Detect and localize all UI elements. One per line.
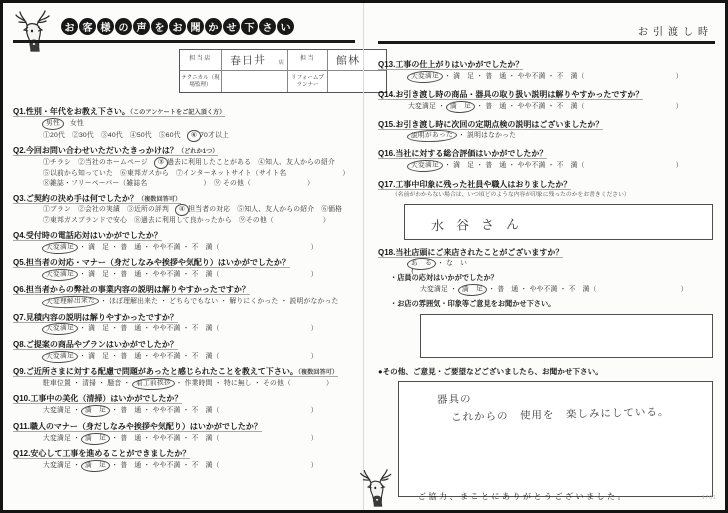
option-text: 大変満足 ・ (420, 286, 459, 293)
question-note: （どれか1つ） (178, 148, 219, 155)
banner-char: を (151, 18, 168, 35)
handwritten-store-name: 春日井 (230, 51, 267, 68)
question-text: 見積内容の説明は解りやすかったですか？ (26, 313, 178, 322)
banner-char: 聞 (187, 18, 204, 35)
question-block: Q18.当社店頭にご来店されたことがございますか？あ る ・ な い・店員の応対… (378, 248, 715, 358)
option-line: あ る ・ な い (378, 258, 715, 270)
question-title-text: Q7.見積内容の説明は解りやすかったですか？ (13, 313, 178, 323)
question-text: ご契約の決め手は何でしたか？ (26, 194, 138, 203)
option-line: 大変満足 ・ 満 足 ・ 普 通 ・ やや不満 ・ 不 満（ ） (13, 351, 357, 363)
option-line: 大変満足 ・ 満 足 ・ 普 通 ・ やや不満 ・ 不 満（ ） (13, 242, 357, 254)
circled-answer: 満 足 (81, 432, 110, 445)
question-block: Q15.お引き渡し時に次回の定期点検の説明はございましたか？説明があった ・ 説… (378, 120, 715, 143)
option-line: ①20代 ②30代 ③40代 ④50代 ⑤60代 ⑥70才以上 (13, 130, 357, 142)
circled-answer: 大変満足 (42, 323, 78, 336)
handwriting-box: 器具のこれからの 使用を 楽しみにしている。 (398, 381, 713, 497)
page-title: お客様の声をお聞かせ下さい (61, 18, 294, 35)
option-text: ・ 満 足 ・ 普 通 ・ やや不満 ・ 不 満（ ） (77, 244, 318, 251)
option-text: 過去に利用したことがある ④知人、友人からの紹介 (167, 159, 335, 166)
title-banner: お客様の声をお聞かせ下さい (13, 9, 357, 53)
question-note: （複数回答可） (138, 196, 181, 203)
question-id: Q18. (378, 248, 395, 257)
question-title-text: Q5.担当者の対応・マナー（身だしなみや挨拶や気配り）はいかがでしたか？ (13, 258, 290, 268)
option-line: ⑦東邦ガスブランドで安心 ⑧過去に利用して良かったから ⑨その他（ ） (13, 216, 357, 226)
circled-answer: ④ (175, 204, 190, 216)
option-line: 大変満足 ・ 満 足 ・ 普 通 ・ やや不満 ・ 不 満（ ） (378, 101, 715, 113)
option-text: 大変満足 ・ (408, 103, 447, 110)
survey-page-left: お客様の声をお聞かせ下さい 担当店 春日井 店 担当 館林 テクニカル（現場監理… (3, 3, 363, 510)
question-id: Q11. (13, 422, 30, 431)
option-text: ・ 普 通 ・ やや不満 ・ 不 満（ ） (474, 103, 682, 110)
circled-answer: 大変満足 (42, 350, 78, 363)
question-text: ご近所さまに対する配慮で問題があったと感じられたことを教えて下さい。 (26, 367, 298, 376)
question-block: Q6.担当者からの弊社の事業内容の説明は解りやすかったですか？大変理解出来た ・… (13, 285, 357, 308)
page-number: 1701 (702, 495, 717, 501)
option-line: 大変満足 ・ 満 足 ・ 普 通 ・ やや不満 ・ 不 満（ ） (390, 284, 715, 296)
question-title-text: Q17.工事中印象に残った社員や職人はおりましたか？ (378, 180, 571, 190)
option-text: ・ 満 足 ・ 普 通 ・ やや不満 ・ 不 満（ ） (77, 271, 318, 278)
question-title-text: Q16.当社に対する総合評価はいかがでしたか？ (378, 149, 547, 159)
question-id: Q10. (13, 394, 30, 403)
staff-store-value: 春日井 店 (222, 50, 288, 71)
store-suffix: 店 (278, 58, 284, 66)
question-note: （このアンケートをご記入頂く方） (130, 109, 226, 116)
question-block: Q14.お引き渡し時の商品・器具の取り扱い説明は解りやすかったですか？大変満足 … (378, 90, 715, 113)
question-text: 性別・年代をお教え下さい。 (26, 107, 130, 116)
sub-question-label: ・お店の雰囲気・印象等ご意見をお聞かせ下さい。 (390, 299, 715, 310)
question-title: Q2.今回お問い合わせいただいたきっかけは？（どれか1つ） (13, 146, 357, 157)
question-title-text: Q14.お引き渡し時の商品・器具の取り扱い説明は解りやすかったですか？ (378, 90, 643, 100)
other-comments-section: ●その他、ご意見・ご要望などございましたら、お聞かせ下さい。器具のこれからの 使… (378, 366, 715, 497)
planner-label: リフォームプランナー (288, 71, 328, 92)
question-title: Q12.安心して工事を進めることができましたか？ (13, 449, 357, 460)
circled-answer: 満 足 (458, 284, 487, 297)
option-text: ⑦東邦ガスブランドで安心 ⑧過去に利用して良かったから ⑨その他（ ） (43, 217, 330, 224)
circled-answer: 大変満足 (407, 70, 443, 83)
question-block: Q5.担当者の対応・マナー（身だしなみや挨拶や気配り）はいかがでしたか？大変満足… (13, 258, 357, 281)
question-title: Q11.職人のマナー（身だしなみや挨拶や気配り）はいかがでしたか？ (13, 422, 357, 433)
question-title-text: Q3.ご契約の決め手は何でしたか？（複数回答可） (13, 194, 181, 204)
question-block: Q12.安心して工事を進めることができましたか？大変満足 ・ 満 足 ・ 普 通… (13, 449, 357, 472)
section-header: お引渡し時 (378, 23, 715, 38)
question-text: 担当者の対応・マナー（身だしなみや挨拶や気配り）はいかがでしたか？ (26, 258, 290, 267)
option-text: ・ 満 足 ・ 普 通 ・ やや不満 ・ 不 満（ ） (77, 353, 318, 360)
question-id: Q1. (13, 107, 26, 116)
option-text: 70才以上 (200, 132, 229, 139)
question-text: 職人のマナー（身だしなみや挨拶や気配り）はいかがでしたか？ (30, 422, 262, 431)
question-id: Q7. (13, 313, 26, 322)
circled-answer: ⑥ (187, 130, 202, 142)
option-line: 大変満足 ・ 満 足 ・ 普 通 ・ やや不満 ・ 不 満（ ） (13, 433, 357, 445)
banner-char: せ (223, 18, 240, 35)
option-text: ①チラシ ②当社のホームページ (43, 159, 155, 166)
option-line: 大変満足 ・ 満 足 ・ 普 通 ・ やや不満 ・ 不 満（ ） (13, 269, 357, 281)
circled-answer: 大変満足 (42, 241, 78, 254)
handwritten-person-name: 館林 (336, 52, 361, 69)
question-id: Q17. (378, 180, 395, 189)
question-title-text: Q11.職人のマナー（身だしなみや挨拶や気配り）はいかがでしたか？ (13, 422, 262, 432)
question-title: Q10.工事中の美化（清掃）はいかがでしたか？ (13, 394, 357, 405)
question-text: 受付時の電話応対はいかがでしたか？ (26, 231, 162, 240)
question-list-left: Q1.性別・年代をお教え下さい。（このアンケートをご記入頂く方）男性 女性①20… (13, 107, 357, 472)
section-rule (378, 41, 715, 44)
scanned-survey-sheet: お客様の声をお聞かせ下さい 担当店 春日井 店 担当 館林 テクニカル（現場監理… (0, 0, 728, 513)
question-text: 工事中の美化（清掃）はいかがでしたか？ (30, 394, 182, 403)
sub-question: ・店員の応対はいかがでしたか？大変満足 ・ 満 足 ・ 普 通 ・ やや不満 ・… (378, 273, 715, 296)
option-text: ・ 満 足 ・ 普 通 ・ やや不満 ・ 不 満（ ） (442, 162, 683, 169)
option-line: 大変満足 ・ 満 足 ・ 普 通 ・ やや不満 ・ 不 満（ ） (13, 460, 357, 472)
option-line: 男性 女性 (13, 118, 357, 130)
circled-answer: 大変満足 (42, 268, 78, 281)
circled-answer: ③ (154, 157, 169, 169)
option-line: ①チラシ ②当社のホームページ ③過去に利用したことがある ④知人、友人からの紹… (13, 157, 357, 169)
option-text: ・ 作業時間 ・ 特に無し ・ その他（ ） (173, 380, 332, 387)
banner-char: 声 (133, 18, 150, 35)
question-title-text: Q10.工事中の美化（清掃）はいかがでしたか？ (13, 394, 182, 404)
question-id: Q14. (378, 90, 395, 99)
banner-char: 下 (241, 18, 258, 35)
technical-value-empty (222, 71, 288, 92)
option-line: 大変理解出来た ・ ほぼ理解出来た ・ どちらでもない ・ 解りにくかった ・ … (13, 296, 357, 308)
question-title: Q7.見積内容の説明は解りやすかったですか？ (13, 313, 357, 324)
question-title: Q9.ご近所さまに対する配慮で問題があったと感じられたことを教えて下さい。（複数… (13, 367, 357, 378)
option-text: 大変満足 ・ (43, 462, 82, 469)
question-note: （複数回答可） (298, 369, 338, 376)
question-id: Q9. (13, 367, 26, 376)
question-title-text: Q12.安心して工事を進めることができましたか？ (13, 449, 190, 459)
staff-table: 担当店 春日井 店 担当 館林 テクニカル（現場監理） リフォームプランナー (179, 49, 387, 93)
question-title: Q14.お引き渡し時の商品・器具の取り扱い説明は解りやすかったですか？ (378, 90, 715, 101)
option-text: 担当者の対応 ⑤知人、友人からの紹介 ⑥価格 (188, 206, 342, 213)
question-id: Q15. (378, 120, 395, 129)
question-title: Q18.当社店頭にご来店されたことがございますか？ (378, 248, 715, 259)
question-text: 当社店頭にご来店されたことがございますか？ (395, 248, 563, 257)
question-text: 工事の仕上がりはいかがでしたか？ (395, 60, 523, 69)
question-title-text: Q15.お引き渡し時に次回の定期点検の説明はございましたか？ (378, 120, 603, 130)
question-text: 今回お問い合わせいただいたきっかけは？ (26, 146, 178, 155)
handwriting-box: 水谷さん (404, 204, 713, 240)
question-block: Q7.見積内容の説明は解りやすかったですか？大変満足 ・ 満 足 ・ 普 通 ・… (13, 313, 357, 336)
option-text: ①20代 ②30代 ③40代 ④50代 ⑤60代 (43, 132, 188, 139)
option-text: ・ ほぼ理解出来た ・ どちらでもない ・ 解りにくかった ・ 説明がなかった (98, 298, 339, 305)
circled-answer: 説明があった (407, 129, 457, 143)
question-title-text: Q8.ご提案の商品やプランはいかがでしたか？ (13, 340, 178, 350)
banner-char: 様 (97, 18, 114, 35)
option-text: 大変満足 ・ (43, 435, 82, 442)
survey-page-right: お引渡し時 Q13.工事の仕上がりはいかがでしたか？大変満足 ・ 満 足 ・ 普… (363, 3, 725, 510)
question-title: Q6.担当者からの弊社の事業内容の説明は解りやすかったですか？ (13, 285, 357, 296)
question-block: Q1.性別・年代をお教え下さい。（このアンケートをご記入頂く方）男性 女性①20… (13, 107, 357, 142)
question-title: Q15.お引き渡し時に次回の定期点検の説明はございましたか？ (378, 120, 715, 131)
other-comments-label: ●その他、ご意見・ご要望などございましたら、お聞かせ下さい。 (378, 366, 715, 377)
option-text: ・ 満 足 ・ 普 通 ・ やや不満 ・ 不 満（ ） (77, 325, 318, 332)
staff-person-label: 担当 (288, 50, 328, 71)
deer-logo-icon (13, 9, 57, 53)
option-text: 大変満足 ・ (43, 407, 82, 414)
question-id: Q6. (13, 285, 26, 294)
option-text: ・ 普 通 ・ やや不満 ・ 不 満（ ） (486, 286, 687, 293)
option-line: 説明があった ・ 説明はなかった (378, 130, 715, 142)
question-block: Q8.ご提案の商品やプランはいかがでしたか？大変満足 ・ 満 足 ・ 普 通 ・… (13, 340, 357, 363)
thanks-message: ご協力、まことにありがとうございました。 (418, 491, 628, 502)
banner-char: お (169, 18, 186, 35)
question-text: 担当者からの弊社の事業内容の説明は解りやすかったですか？ (26, 285, 250, 294)
option-line: 大変満足 ・ 満 足 ・ 普 通 ・ やや不満 ・ 不 満（ ） (13, 323, 357, 335)
handwritten-text: 水谷さん (405, 202, 712, 234)
option-text: 女性 (63, 120, 84, 127)
option-line: ①プラン ②会社の実績 ③近所の評判 ④担当者の対応 ⑤知人、友人からの紹介 ⑥… (13, 204, 357, 216)
technical-label: テクニカル（現場監理） (180, 71, 222, 92)
circled-answer: 満 足 (81, 405, 110, 418)
question-title-text: Q4.受付時の電話応対はいかがでしたか？ (13, 231, 162, 241)
question-instruction: （名前がわからない場合は、いつ頃どのような内容が印象に残ったのかをお書きください… (378, 191, 715, 200)
question-title: Q1.性別・年代をお教え下さい。（このアンケートをご記入頂く方） (13, 107, 357, 118)
circled-answer: 大変理解出来た (42, 295, 99, 309)
question-id: Q4. (13, 231, 26, 240)
option-text: ・ な い (435, 260, 467, 267)
circled-answer: 男性 (42, 117, 64, 130)
question-title-text: Q1.性別・年代をお教え下さい。（このアンケートをご記入頂く方） (13, 107, 225, 117)
circled-answer: 大変満足 (407, 160, 443, 173)
question-id: Q8. (13, 340, 26, 349)
question-title: Q13.工事の仕上がりはいかがでしたか？ (378, 60, 715, 71)
option-text: ・ 普 通 ・ やや不満 ・ 不 満（ ） (109, 435, 317, 442)
question-text: ご提案の商品やプランはいかがでしたか？ (26, 340, 178, 349)
question-block: Q17.工事中印象に残った社員や職人はおりましたか？（名前がわからない場合は、い… (378, 180, 715, 239)
banner-char: さ (259, 18, 276, 35)
question-text: 当社に対する総合評価はいかがでしたか？ (395, 149, 547, 158)
banner-char: お (61, 18, 78, 35)
question-title-text: Q2.今回お問い合わせいただいたきっかけは？（どれか1つ） (13, 146, 218, 156)
option-line: ⑤以前から知っていた ⑥東邦ガスから ⑦インターネットサイト（サイト名 ） (13, 169, 357, 179)
option-line: 駐車位置 ・ 清掃 ・ 騒音 ・ 着工前挨拶 ・ 作業時間 ・ 特に無し ・ そ… (13, 378, 357, 390)
question-id: Q5. (13, 258, 26, 267)
question-title: Q16.当社に対する総合評価はいかがでしたか？ (378, 149, 715, 160)
option-text: ・ 普 通 ・ やや不満 ・ 不 満（ ） (109, 462, 317, 469)
option-line: 大変満足 ・ 満 足 ・ 普 通 ・ やや不満 ・ 不 満（ ） (378, 71, 715, 83)
footer: ご協力、まことにありがとうございました。 1701 (378, 487, 717, 505)
question-title-text: Q9.ご近所さまに対する配慮で問題があったと感じられたことを教えて下さい。（複数… (13, 367, 338, 377)
question-list-right: Q13.工事の仕上がりはいかがでしたか？大変満足 ・ 満 足 ・ 普 通 ・ や… (378, 60, 715, 497)
staff-store-label: 担当店 (180, 50, 222, 71)
circled-answer: 満 足 (446, 100, 475, 113)
option-text: ・ 満 足 ・ 普 通 ・ やや不満 ・ 不 満（ ） (442, 73, 683, 80)
sub-question: ・お店の雰囲気・印象等ご意見をお聞かせ下さい。 (378, 299, 715, 358)
option-text: ⑧雑誌・フリーペーパー（雑誌名 ） ⑨ その他（ ） (43, 180, 314, 187)
question-block: Q16.当社に対する総合評価はいかがでしたか？大変満足 ・ 満 足 ・ 普 通 … (378, 149, 715, 172)
question-block: Q13.工事の仕上がりはいかがでしたか？大変満足 ・ 満 足 ・ 普 通 ・ や… (378, 60, 715, 83)
question-title-text: Q18.当社店頭にご来店されたことがございますか？ (378, 248, 563, 258)
question-block: Q3.ご契約の決め手は何でしたか？（複数回答可）①プラン ②会社の実績 ③近所の… (13, 194, 357, 227)
question-title: Q17.工事中印象に残った社員や職人はおりましたか？ (378, 180, 715, 191)
option-line: ⑧雑誌・フリーペーパー（雑誌名 ） ⑨ その他（ ） (13, 179, 357, 189)
banner-char: い (277, 18, 294, 35)
circled-answer: 満 足 (81, 459, 110, 472)
question-text: 安心して工事を進めることができましたか？ (30, 449, 190, 458)
question-title-text: Q13.工事の仕上がりはいかがでしたか？ (378, 60, 523, 70)
question-text: お引き渡し時の商品・器具の取り扱い説明は解りやすかったですか？ (395, 90, 643, 99)
banner-char: 客 (79, 18, 96, 35)
question-title: Q8.ご提案の商品やプランはいかがでしたか？ (13, 340, 357, 351)
question-block: Q10.工事中の美化（清掃）はいかがでしたか？大変満足 ・ 満 足 ・ 普 通 … (13, 394, 357, 417)
question-id: Q12. (13, 449, 30, 458)
question-id: Q13. (378, 60, 395, 69)
circled-answer: 着工前挨拶 (131, 377, 174, 390)
question-title: Q3.ご契約の決め手は何でしたか？（複数回答可） (13, 194, 357, 205)
handwriting-box (420, 314, 713, 358)
question-block: Q9.ご近所さまに対する配慮で問題があったと感じられたことを教えて下さい。（複数… (13, 367, 357, 390)
question-id: Q3. (13, 194, 26, 203)
question-id: Q2. (13, 146, 26, 155)
option-line: 大変満足 ・ 満 足 ・ 普 通 ・ やや不満 ・ 不 満（ ） (378, 160, 715, 172)
circled-answer: あ る (407, 258, 436, 271)
question-block: Q11.職人のマナー（身だしなみや挨拶や気配り）はいかがでしたか？大変満足 ・ … (13, 422, 357, 445)
question-id: Q16. (378, 149, 395, 158)
question-title: Q4.受付時の電話応対はいかがでしたか？ (13, 231, 357, 242)
question-block: Q4.受付時の電話応対はいかがでしたか？大変満足 ・ 満 足 ・ 普 通 ・ や… (13, 231, 357, 254)
question-title-text: Q6.担当者からの弊社の事業内容の説明は解りやすかったですか？ (13, 285, 250, 295)
banner-char: の (115, 18, 132, 35)
question-title: Q5.担当者の対応・マナー（身だしなみや挨拶や気配り）はいかがでしたか？ (13, 258, 357, 269)
header-rule (13, 40, 355, 43)
banner-char: か (205, 18, 222, 35)
option-text: 駐車位置 ・ 清掃 ・ 騒音 ・ (43, 380, 133, 387)
question-text: 工事中印象に残った社員や職人はおりましたか？ (395, 180, 571, 189)
sub-question-label: ・店員の応対はいかがでしたか？ (390, 273, 715, 284)
option-line: 大変満足 ・ 満 足 ・ 普 通 ・ やや不満 ・ 不 満（ ） (13, 405, 357, 417)
question-text: お引き渡し時に次回の定期点検の説明はございましたか？ (395, 120, 603, 129)
question-block: Q2.今回お問い合わせいただいたきっかけは？（どれか1つ）①チラシ ②当社のホー… (13, 146, 357, 189)
option-text: ・ 説明はなかった (456, 132, 516, 139)
option-text: ①プラン ②会社の実績 ③近所の評判 (43, 206, 176, 213)
option-text: ・ 普 通 ・ やや不満 ・ 不 満（ ） (109, 407, 317, 414)
option-text: ⑤以前から知っていた ⑥東邦ガスから ⑦インターネットサイト（サイト名 ） (43, 170, 349, 177)
